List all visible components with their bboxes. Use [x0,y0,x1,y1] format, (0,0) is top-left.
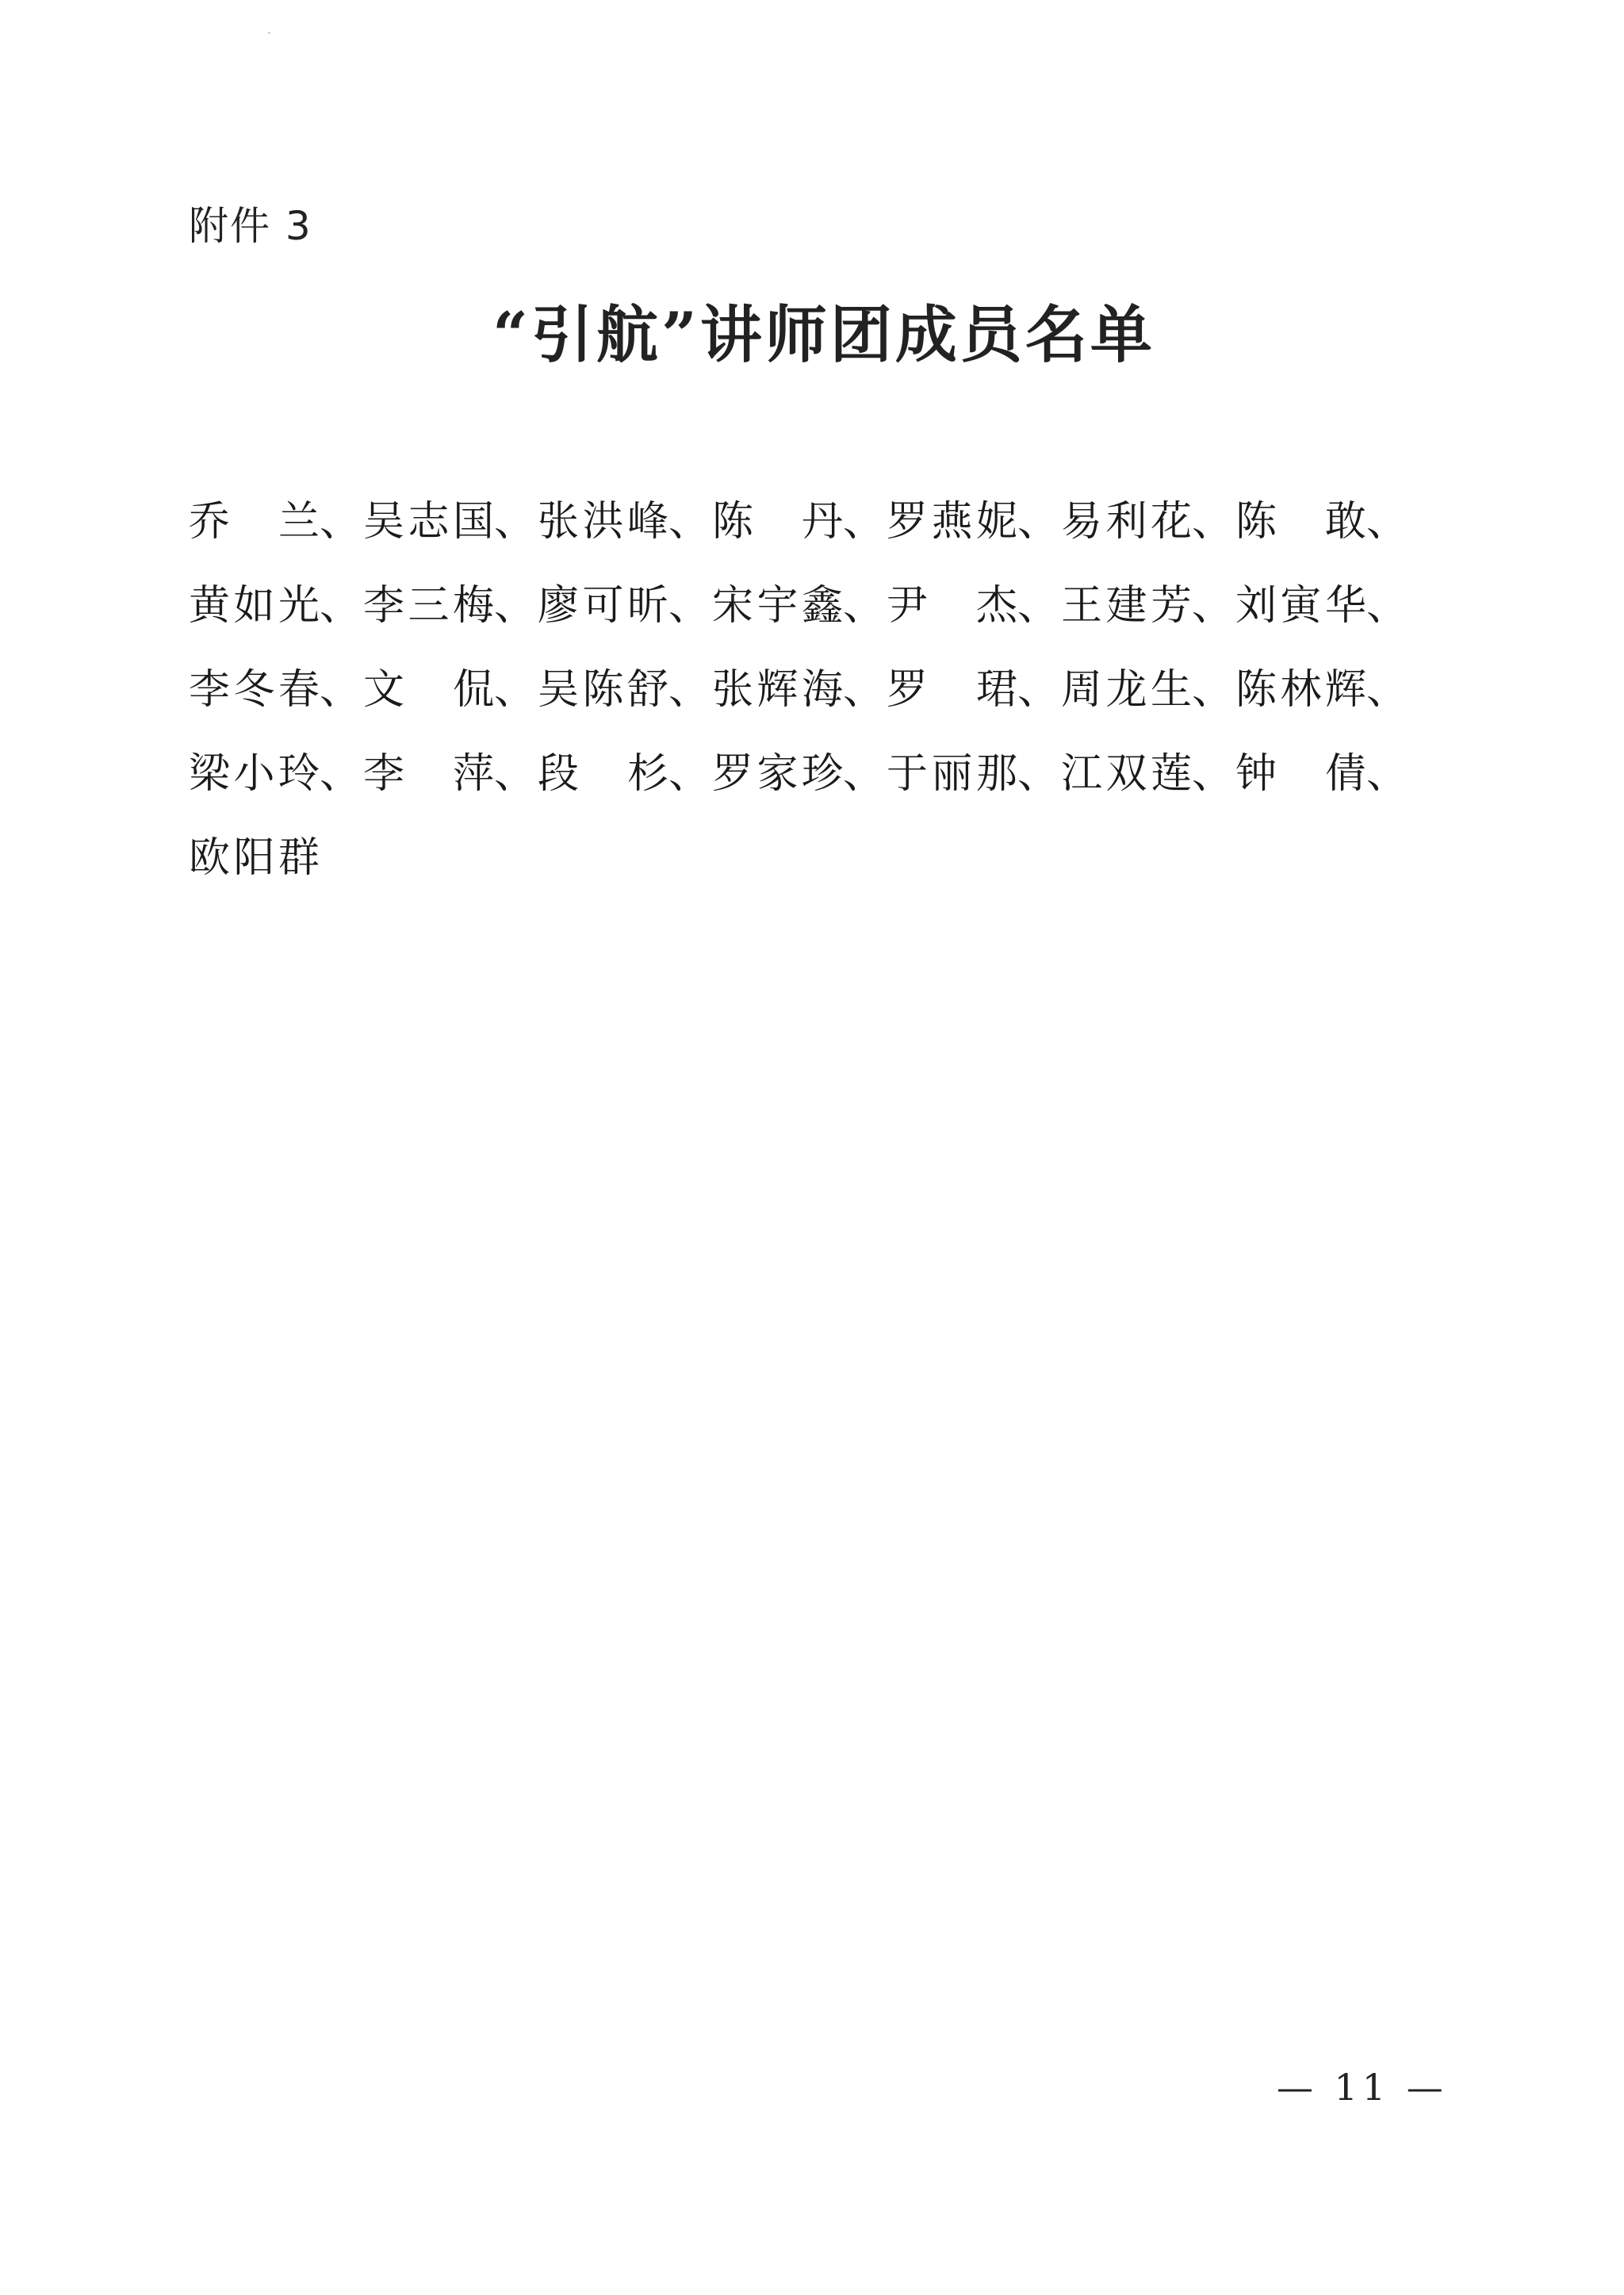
member-name-text: 陈林辉 [1235,648,1366,732]
separator: 、 [320,648,363,732]
member-name: 刘寅华、 [1235,564,1410,648]
member-name: 江双莲、 [1061,732,1235,816]
member-name-text: 梁小玲 [189,732,320,816]
member-name: 文 侃、 [363,648,538,732]
member-name: 廖可昕、 [538,564,712,648]
separator: 、 [1366,732,1410,816]
member-name-text: 钟 倩 [1235,732,1366,816]
separator: 、 [320,732,363,816]
name-row: 欧阳群 [189,816,1402,900]
attachment-label: 附件 3 [189,194,312,251]
member-name-text: 陈 敢 [1235,480,1366,564]
separator: 、 [1366,480,1410,564]
separator: 、 [1192,480,1235,564]
member-name-text: 宋宇鑫 [712,564,843,648]
separator: 、 [668,480,712,564]
separator: 、 [494,732,538,816]
member-name-text: 廖可昕 [538,564,668,648]
member-name: 易利花、 [1061,480,1235,564]
member-name: 李 萍、 [363,732,538,816]
separator: 、 [843,564,887,648]
member-name: 乔 兰、 [189,480,363,564]
separator: 、 [1366,648,1410,732]
member-name-list: 乔 兰、吴志国、张洪峰、陈 丹、罗燕妮、易利花、陈 敢、黄如光、李三梅、廖可昕、… [189,480,1402,900]
member-name: 黄如光、 [189,564,363,648]
member-name: 吴陈舒、 [538,648,712,732]
name-row: 梁小玲、李 萍、段 杉、罗家珍、于丽那、江双莲、钟 倩、 [189,732,1402,816]
member-name-text: 张洪峰 [538,480,668,564]
member-name: 梁小玲、 [189,732,363,816]
member-name: 尹 杰、 [887,564,1061,648]
separator: 、 [843,480,887,564]
member-name-text: 张辉海 [712,648,843,732]
separator: 、 [1192,564,1235,648]
separator: 、 [843,732,887,816]
separator: 、 [320,564,363,648]
document-page: 附件 3 “引航”讲师团成员名单 乔 兰、吴志国、张洪峰、陈 丹、罗燕妮、易利花… [0,0,1624,2295]
separator: 、 [1017,564,1061,648]
member-name-text: 周龙生 [1061,648,1192,732]
member-name-text: 江双莲 [1061,732,1192,816]
member-name: 吴志国、 [363,480,538,564]
separator: 、 [843,648,887,732]
separator: 、 [1017,648,1061,732]
member-name: 王建芳、 [1061,564,1235,648]
name-row: 黄如光、李三梅、廖可昕、宋宇鑫、尹 杰、王建芳、刘寅华、 [189,564,1402,648]
separator: 、 [1192,732,1235,816]
name-row: 乔 兰、吴志国、张洪峰、陈 丹、罗燕妮、易利花、陈 敢、 [189,480,1402,564]
separator: 、 [494,648,538,732]
member-name-text: 黄如光 [189,564,320,648]
member-name-text: 欧阳群 [189,816,320,900]
member-name: 欧阳群 [189,816,363,900]
member-name-text: 文 侃 [363,648,494,732]
separator: 、 [668,648,712,732]
separator: 、 [668,732,712,816]
member-name: 李冬春、 [189,648,363,732]
member-name: 段 杉、 [538,732,712,816]
member-name-text: 罗燕妮 [887,480,1017,564]
member-name: 周龙生、 [1061,648,1235,732]
member-name-text: 段 杉 [538,732,668,816]
separator: 、 [1192,648,1235,732]
member-name-text: 罗家珍 [712,732,843,816]
member-name-text: 李冬春 [189,648,320,732]
member-name-text: 刘寅华 [1235,564,1366,648]
separator: 、 [494,564,538,648]
member-name: 罗 珺、 [887,648,1061,732]
member-name-text: 易利花 [1061,480,1192,564]
document-title: “引航”讲师团成员名单 [0,285,1624,374]
separator: 、 [1017,732,1061,816]
member-name-text: 吴陈舒 [538,648,668,732]
member-name: 李三梅、 [363,564,538,648]
member-name-text: 罗 珺 [887,648,1017,732]
member-name-text: 于丽那 [887,732,1017,816]
separator: 、 [668,564,712,648]
separator: 、 [1017,480,1061,564]
name-row: 李冬春、文 侃、吴陈舒、张辉海、罗 珺、周龙生、陈林辉、 [189,648,1402,732]
separator: 、 [320,480,363,564]
separator: 、 [494,480,538,564]
member-name-text: 李三梅 [363,564,494,648]
member-name: 罗家珍、 [712,732,887,816]
member-name-text: 李 萍 [363,732,494,816]
member-name-text: 陈 丹 [712,480,843,564]
member-name: 陈 敢、 [1235,480,1410,564]
member-name: 宋宇鑫、 [712,564,887,648]
member-name: 陈 丹、 [712,480,887,564]
separator: 、 [1366,564,1410,648]
member-name-text: 尹 杰 [887,564,1017,648]
member-name: 钟 倩、 [1235,732,1410,816]
member-name: 张洪峰、 [538,480,712,564]
member-name-text: 乔 兰 [189,480,320,564]
member-name-text: 王建芳 [1061,564,1192,648]
member-name: 张辉海、 [712,648,887,732]
member-name-text: 吴志国 [363,480,494,564]
scan-speck [268,32,270,34]
member-name: 陈林辉、 [1235,648,1410,732]
page-number: — 11 — [1277,2066,1448,2109]
member-name: 罗燕妮、 [887,480,1061,564]
member-name: 于丽那、 [887,732,1061,816]
